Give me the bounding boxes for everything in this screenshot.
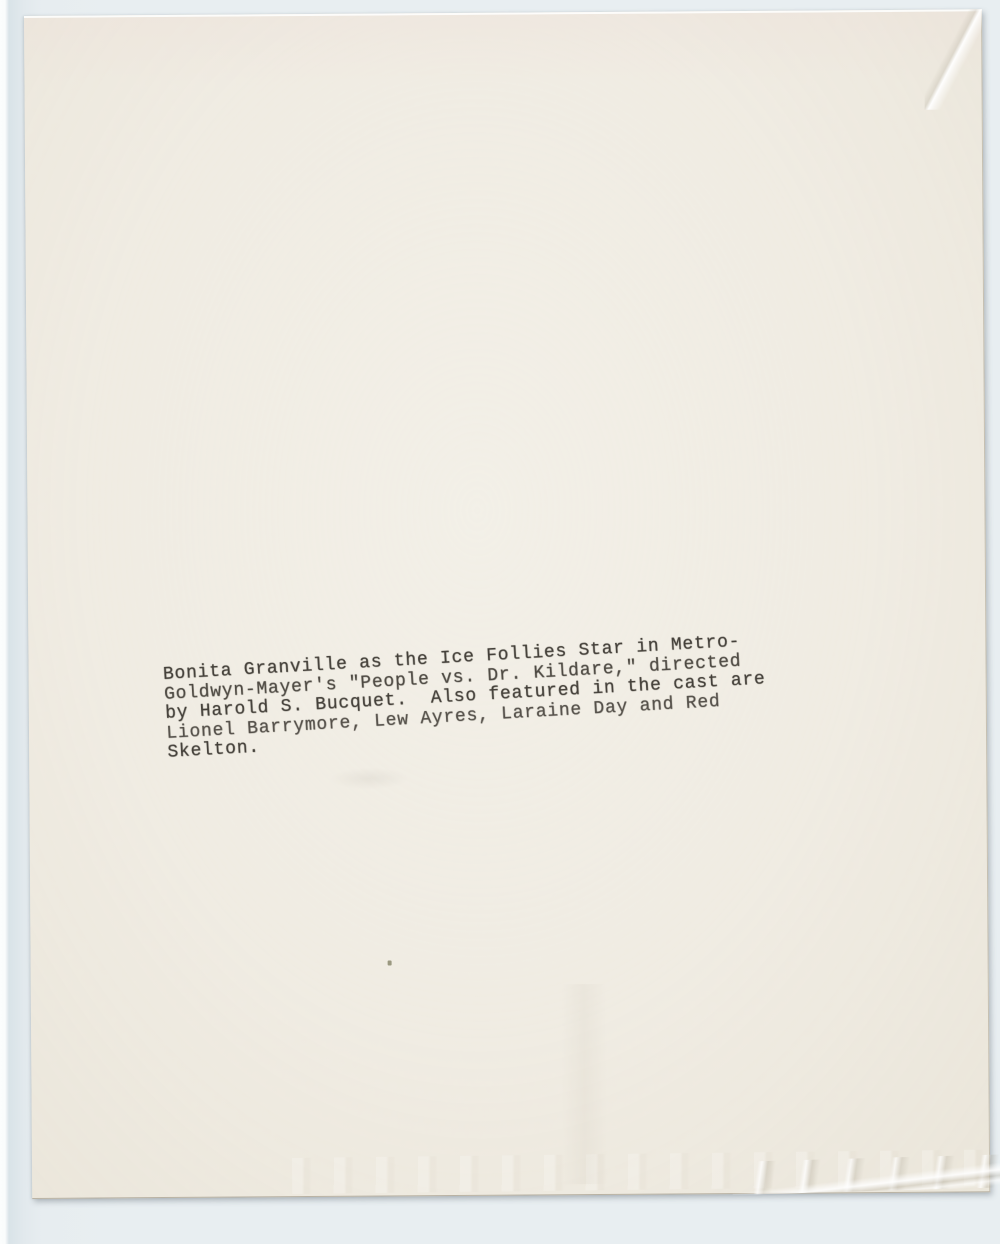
scanner-bed: Bonita Granville as the Ice Follies Star… — [0, 0, 1000, 1244]
photo-paper-back: Bonita Granville as the Ice Follies Star… — [24, 9, 990, 1199]
typed-caption: Bonita Granville as the Ice Follies Star… — [163, 631, 769, 763]
faint-vertical-streak — [561, 984, 608, 1184]
bottom-right-crinkle — [732, 1154, 1000, 1195]
paper-top-tint — [24, 11, 981, 88]
dust-speck — [388, 960, 392, 965]
top-right-fold-crease — [924, 9, 983, 109]
ink-smudge — [329, 767, 409, 790]
